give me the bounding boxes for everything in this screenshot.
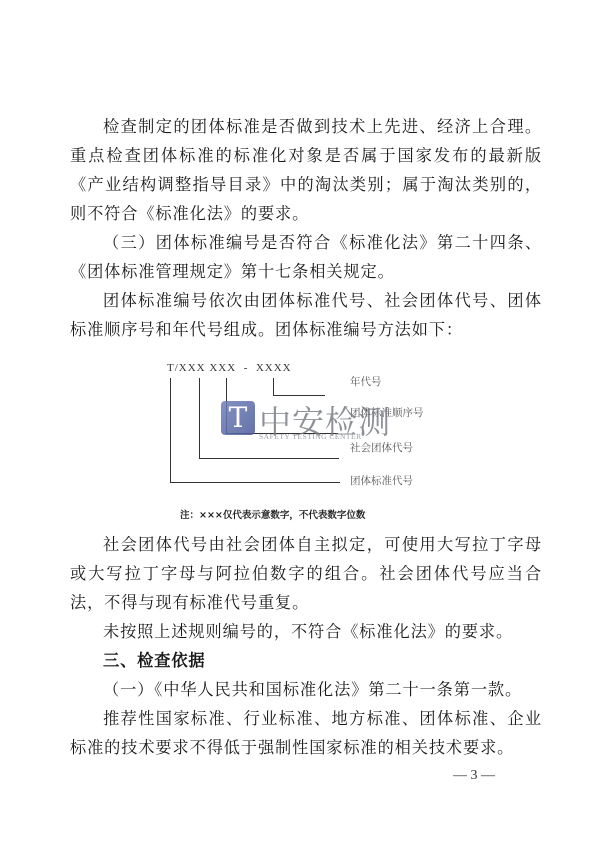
paragraph-numbering-rule-title: （三）团体标准编号是否符合《标准化法》第二十四条、《团体标准管理规定》第十七条相… [70, 228, 542, 286]
diagram-note: 注：×××仅代表示意数字，不代表数字位数 [180, 507, 365, 521]
paragraph-social-group-code: 社会团体代号由社会团体自主拟定，可使用大写拉丁字母或大写拉丁字母与阿拉伯数字的组… [70, 530, 542, 617]
paragraph-noncompliance: 未按照上述规则编号的，不符合《标准化法》的要求。 [70, 617, 542, 646]
section-heading-basis: 三、检查依据 [70, 646, 542, 675]
watermark: T 中安检测 SAFETY TESTING CENTER [221, 401, 441, 446]
page-number: — 3 — [453, 768, 495, 784]
paragraph-law-reference: （一）《中华人民共和国标准化法》第二十一条第一款。 [70, 675, 542, 704]
diagram-line [199, 458, 339, 459]
document-page: 检查制定的团体标准是否做到技术上先进、经济上合理。重点检查团体标准的标准化对象是… [0, 0, 596, 842]
watermark-en-text: SAFETY TESTING CENTER [259, 432, 362, 441]
standard-code-template: T/XXX XXX - XXXX [167, 362, 292, 374]
paragraph-numbering-composition: 团体标准编号依次由团体标准代号、社会团体代号、团体标准顺序号和年代号组成。团体标… [70, 286, 542, 344]
label-group-standard-code: 团体标准代号 [350, 473, 413, 488]
diagram-line [170, 482, 340, 483]
watermark-logo-icon: T [221, 401, 255, 435]
paragraph-technical-requirement: 推荐性国家标准、行业标准、地方标准、团体标准、企业标准的技术要求不得低于强制性国… [70, 704, 542, 762]
diagram-line [199, 378, 200, 458]
paragraph-technical-check: 检查制定的团体标准是否做到技术上先进、经济上合理。重点检查团体标准的标准化对象是… [70, 112, 542, 228]
diagram-line [273, 378, 274, 395]
diagram-line [273, 395, 325, 396]
diagram-line [170, 378, 171, 482]
label-year-code: 年代号 [350, 374, 382, 389]
